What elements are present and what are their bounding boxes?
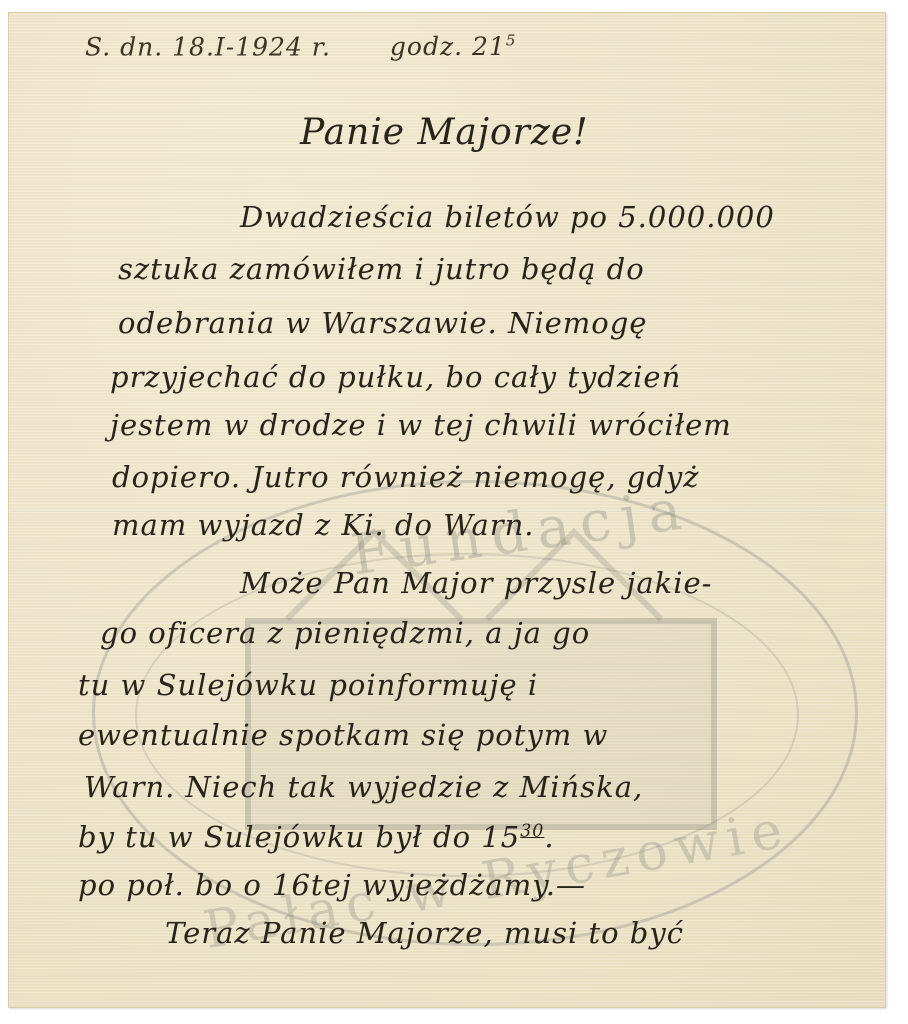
body-line: mam wyjazd z Ki. do Warn. [112, 508, 535, 542]
body-line: odebrania w Warszawie. Niemogę [118, 306, 648, 340]
body-line: Warn. Niech tak wyjedzie z Mińska, [84, 770, 643, 804]
greeting: Panie Majorze! [300, 112, 589, 153]
body-line: jestem w drodze i w tej chwili wróciłem [110, 408, 732, 442]
body-line: dopiero. Jutro również niemogę, gdyż [112, 460, 700, 494]
body-line: Dwadzieścia biletów po 5.000.000 [240, 200, 775, 234]
body-line: Teraz Panie Majorze, musi to być [165, 916, 684, 950]
body-line: sztuka zamówiłem i jutro będą do [118, 252, 645, 286]
body-line: by tu w Sulejówku był do 1530. [78, 820, 555, 854]
body-line: Może Pan Major przysle jakie- [240, 566, 712, 600]
body-line: po poł. bo o 16tej wyjeżdżamy.— [78, 868, 586, 902]
body-line: ewentualnie spotkam się potym w [78, 718, 608, 752]
letter-header: S. dn. 18.I-1924 r. godz. 215 [85, 32, 516, 61]
place-date: S. dn. 18.I-1924 r. [85, 32, 331, 61]
time-text: godz. 21 [390, 32, 506, 61]
time-label: godz. 215 [390, 32, 516, 61]
body-line-text: by tu w Sulejówku był do 15 [78, 820, 520, 854]
body-line: tu w Sulejówku poinformuję i [78, 668, 538, 702]
body-line: przyjechać do pułku, bo cały tydzień [110, 360, 681, 394]
time-superscript: 5 [506, 32, 517, 50]
body-line: go oficera z pieniędzmi, a ja go [100, 616, 590, 650]
time-1530-superscript: 30 [520, 821, 544, 841]
